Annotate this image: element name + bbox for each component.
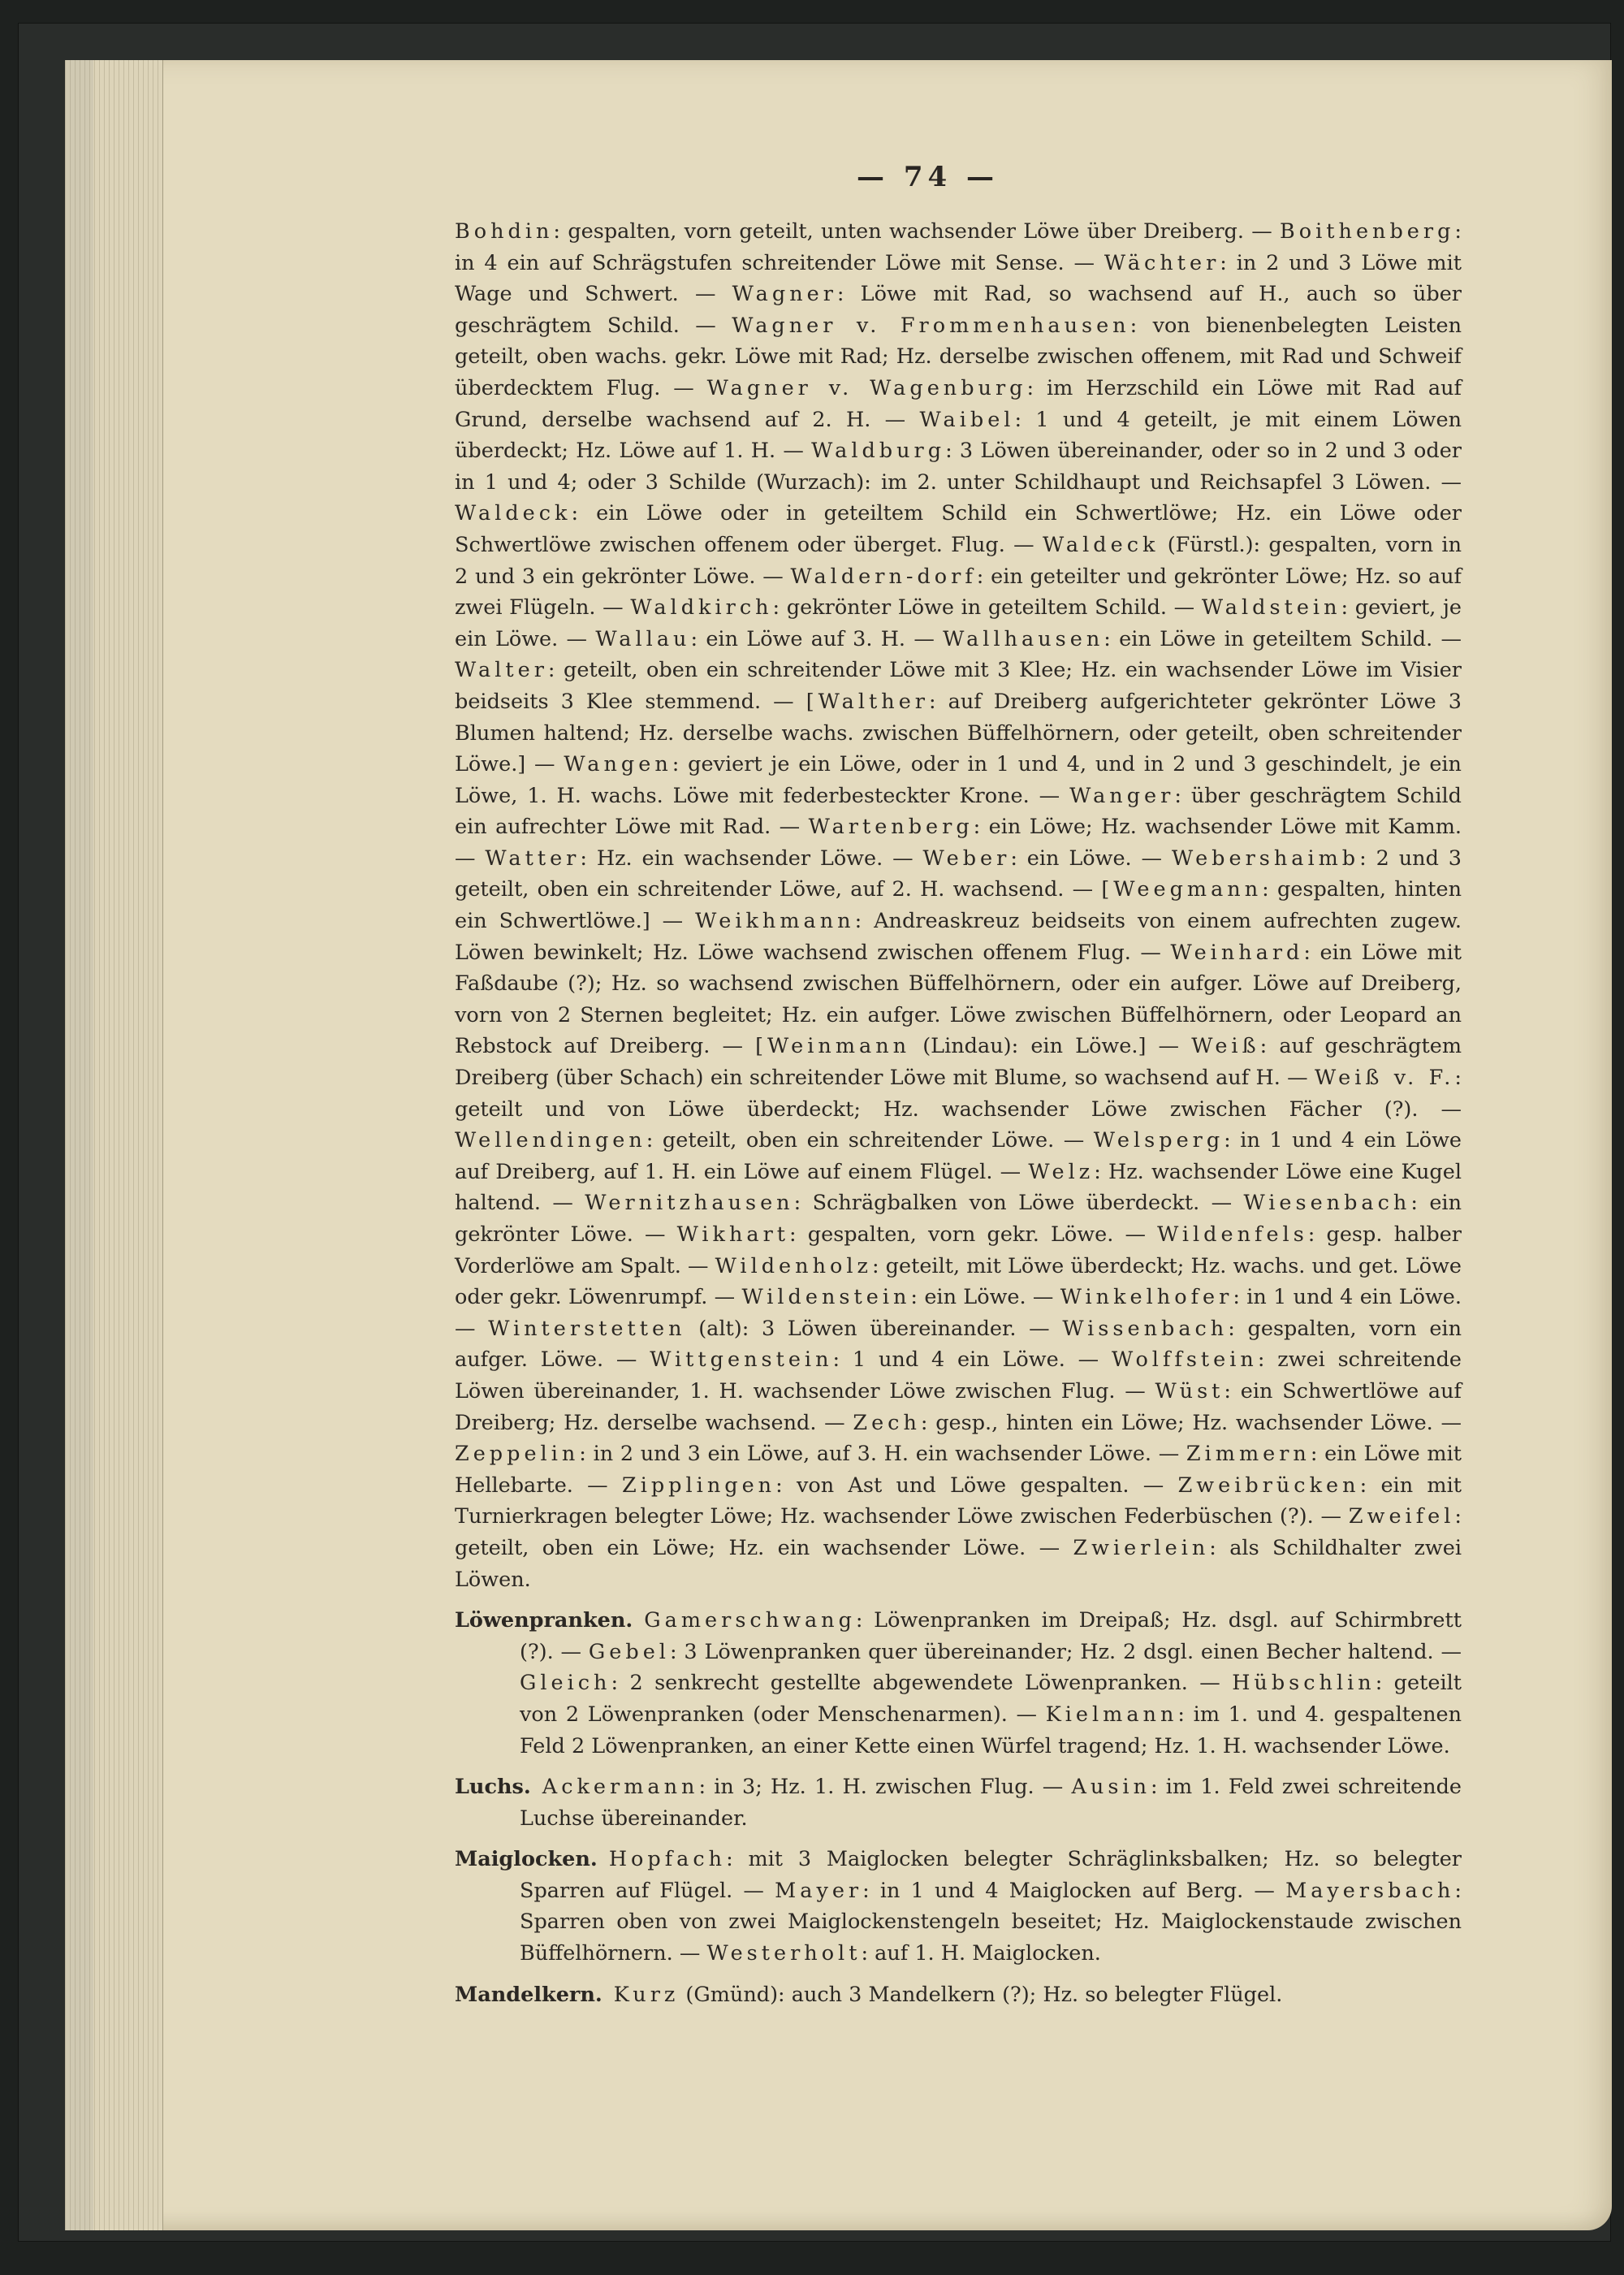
entry-name: Zweifel bbox=[1349, 1504, 1454, 1529]
entry-name: Wagner v. Frommenhausen bbox=[732, 314, 1129, 338]
entry-name: Zeppelin bbox=[455, 1442, 579, 1466]
entry-name: Zweibrücken bbox=[1178, 1473, 1360, 1498]
entry-description: : 3 Löwenpranken quer übereinander; Hz. … bbox=[670, 1640, 1462, 1664]
entry-description: : ein Löwe in geteiltem Schild. — bbox=[1104, 627, 1462, 651]
entry-name: Waldeck bbox=[455, 501, 572, 525]
entry-name: Kielmann bbox=[1046, 1702, 1178, 1727]
entry-name: Wanger bbox=[1069, 784, 1174, 808]
book-page: — 74 — Bohdin: gespalten, vorn geteilt, … bbox=[65, 60, 1612, 2230]
section-heading: Mandelkern. bbox=[455, 1983, 603, 2007]
entry-name: Zimmern bbox=[1186, 1442, 1311, 1466]
entry-description: : in 3; Hz. 1. H. zwischen Flug. — bbox=[698, 1775, 1071, 1799]
entry-description: : in 1 und 4 Maiglocken auf Berg. — bbox=[862, 1879, 1285, 1903]
entry-name: Webershaimb bbox=[1172, 846, 1359, 871]
entry-name: Winterstetten bbox=[488, 1317, 685, 1341]
entry-description: : gespalten, vorn gekr. Löwe. — bbox=[789, 1222, 1157, 1247]
entry-name: Wiesenbach bbox=[1244, 1191, 1411, 1215]
entry-name: Hopfach bbox=[609, 1847, 726, 1871]
entry-name: Zwierlein bbox=[1073, 1536, 1209, 1560]
entry-name: Waibel bbox=[920, 408, 1015, 432]
entry-name: Hübschlin bbox=[1232, 1671, 1376, 1695]
entry-name: Watter bbox=[485, 846, 580, 871]
section-luchs: Luchs.Ackermann: in 3; Hz. 1. H. zwische… bbox=[495, 1771, 1462, 1834]
entry-name: Gleich bbox=[520, 1671, 611, 1695]
entry-name: Wangen bbox=[564, 752, 672, 776]
section-loewenpranken: Löwenpranken.Gamerschwang: Löwenpranken … bbox=[495, 1605, 1462, 1762]
entry-name: Wernitzhausen bbox=[585, 1191, 793, 1215]
entry-name: Weinhard bbox=[1170, 941, 1303, 965]
entry-description: : von Ast und Löwe gespalten. — bbox=[775, 1473, 1178, 1498]
entry-name: Westerholt bbox=[706, 1941, 861, 1966]
section-mandelkern: Mandelkern.Kurz (Gmünd): auch 3 Mandelke… bbox=[495, 1979, 1462, 2011]
section-heading: Luchs. bbox=[455, 1775, 531, 1799]
entry-description: : Hz. ein wachsender Löwe. — bbox=[580, 846, 922, 871]
entry-name: Waldern-dorf bbox=[790, 564, 976, 589]
entry-name: Wildenstein bbox=[741, 1285, 910, 1309]
entry-name: Wissenbach bbox=[1062, 1317, 1228, 1341]
entry-description: : ein Löwe. — bbox=[1010, 846, 1172, 871]
section-maiglocken: Maiglocken.Hopfach: mit 3 Maiglocken bel… bbox=[495, 1844, 1462, 1969]
section-lions: Bohdin: gespalten, vorn geteilt, unten w… bbox=[455, 216, 1462, 1595]
entry-description: : 2 senkrecht gestellte abgewendete Löwe… bbox=[611, 1671, 1232, 1695]
entry-description: : in 2 und 3 ein Löwe, auf 3. H. ein wac… bbox=[579, 1442, 1186, 1466]
entry-description: : ein Löwe. — bbox=[910, 1285, 1060, 1309]
entry-name: Waldstein bbox=[1202, 595, 1341, 620]
entry-name: Zech bbox=[853, 1411, 921, 1435]
entry-name: Gamerschwang bbox=[644, 1608, 856, 1633]
entry-description: : gesp., hinten ein Löwe; Hz. wachsender… bbox=[921, 1411, 1462, 1435]
entry-name: Weber bbox=[922, 846, 1010, 871]
entry-name: Weiß bbox=[1191, 1034, 1259, 1058]
entry-name: Boithenberg bbox=[1280, 219, 1454, 244]
entry-name: Wallau bbox=[595, 627, 690, 651]
main-text: Bohdin: gespalten, vorn geteilt, unten w… bbox=[455, 216, 1462, 2010]
entry-name: [Weinmann bbox=[755, 1034, 910, 1058]
entry-description: : 1 und 4 ein Löwe. — bbox=[833, 1347, 1112, 1372]
entry-name: Wikhart bbox=[677, 1222, 789, 1247]
entry-description: (alt): 3 Löwen übereinander. — bbox=[686, 1317, 1063, 1341]
entry-description: : geteilt, oben ein schreitender Löwe. — bbox=[646, 1128, 1094, 1153]
entry-name: Kurz bbox=[614, 1983, 680, 2007]
entry-description: : gespalten, vorn geteilt, unten wachsen… bbox=[553, 219, 1280, 244]
entry-name: Wittgenstein bbox=[650, 1347, 832, 1372]
entry-name: Wartenberg bbox=[809, 815, 974, 839]
entry-name: Wildenfels bbox=[1157, 1222, 1308, 1247]
entry-name: Welsperg bbox=[1094, 1128, 1224, 1153]
entry-description: (Lindau): ein Löwe.] — bbox=[910, 1034, 1191, 1058]
entry-description: : Schrägbalken von Löwe überdeckt. — bbox=[794, 1191, 1244, 1215]
entry-name: Walter bbox=[455, 658, 548, 682]
entry-name: Wolffstein bbox=[1112, 1347, 1258, 1372]
entry-name: Mayersbach bbox=[1285, 1879, 1454, 1903]
entry-name: Ackermann bbox=[542, 1775, 699, 1799]
entry-name: Gebel bbox=[589, 1640, 670, 1664]
entry-description: : auf 1. H. Maiglocken. bbox=[861, 1941, 1100, 1966]
entry-name: [Weegmann bbox=[1101, 877, 1262, 902]
entry-name: Waldburg bbox=[811, 439, 945, 463]
entry-name: Waldkirch bbox=[630, 595, 772, 620]
entry-description: : ein Löwe auf 3. H. — bbox=[690, 627, 943, 651]
entry-name: Wallhausen bbox=[943, 627, 1104, 651]
entry-description: (Gmünd): auch 3 Mandelkern (?); Hz. so b… bbox=[679, 1983, 1282, 2007]
entry-name: Wagner v. Wagenburg bbox=[707, 376, 1027, 400]
entry-name: Waldeck bbox=[1043, 533, 1160, 557]
entry-name: Wellendingen bbox=[455, 1128, 646, 1153]
entry-name: Mayer bbox=[775, 1879, 862, 1903]
entry-name: Wächter bbox=[1104, 251, 1220, 275]
page-number: — 74 — bbox=[65, 161, 1612, 193]
entry-name: Welz bbox=[1028, 1160, 1094, 1184]
entry-name: Zipplingen bbox=[622, 1473, 775, 1498]
entry-name: Wagner bbox=[732, 282, 837, 306]
entry-name: Bohdin bbox=[455, 219, 553, 244]
entry-description: : gekrönter Löwe in geteiltem Schild. — bbox=[773, 595, 1202, 620]
section-heading: Maiglocken. bbox=[455, 1847, 598, 1871]
stacked-page-edges bbox=[65, 60, 163, 2230]
entry-name: Ausin bbox=[1072, 1775, 1151, 1799]
entry-name: Weiß v. F. bbox=[1315, 1066, 1454, 1090]
section-heading: Löwenpranken. bbox=[455, 1608, 633, 1633]
entry-name: Wildenholz bbox=[715, 1254, 872, 1278]
entry-name: [Walther bbox=[806, 690, 929, 714]
entry-name: Winkelhofer bbox=[1060, 1285, 1233, 1309]
entry-name: Weikhmann bbox=[695, 909, 854, 933]
entry-name: Wüst bbox=[1155, 1379, 1224, 1403]
